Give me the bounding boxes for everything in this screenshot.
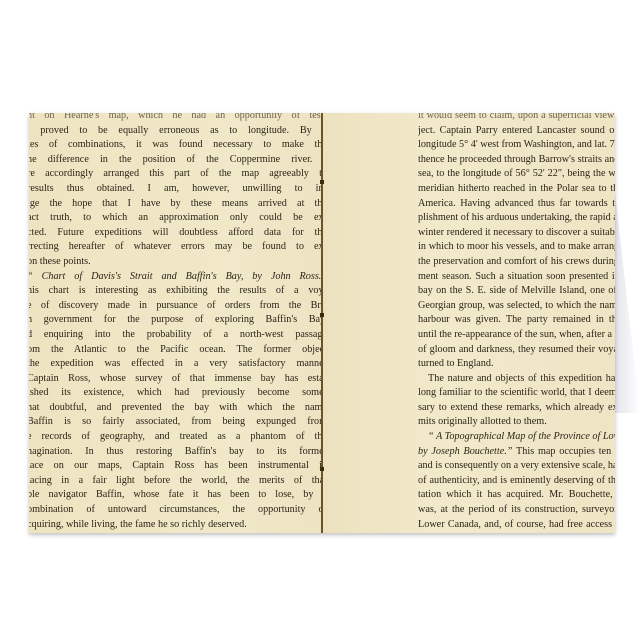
text-line: ombination of untoward circumstances, th… — [29, 503, 322, 518]
text-line: in which to moor his vessels, and to mak… — [418, 240, 615, 255]
text-line: his chart is interesting as exhibiting t… — [29, 284, 322, 299]
text-line: it would seem to claim, upon a superfici… — [418, 113, 615, 124]
text-line: e of discovery made in pursuance of orde… — [29, 299, 322, 314]
binding-stitch — [320, 467, 324, 471]
text-line: “ Chart of Davis's Strait and Baffin's B… — [29, 270, 322, 285]
text-line: nagination. In thus restoring Baffin's b… — [29, 445, 322, 460]
text-line: meridian hitherto reached in the Polar s… — [418, 182, 615, 197]
text-line: ies of combinations, it was found necess… — [29, 138, 322, 153]
right-page: it would seem to claim, upon a superfici… — [322, 113, 615, 533]
text-line: ment season. Such a situation soon prese… — [418, 270, 615, 285]
text-line: was, at the period of its construction, … — [418, 503, 615, 518]
text-line: sary to extend these remarks, which alre… — [418, 401, 615, 416]
left-page-text: nt on Hearne's map, which he had an oppo… — [29, 113, 322, 533]
text-line: re accordingly arranged this part of the… — [29, 167, 322, 182]
text-line: long familiar to the scientific world, t… — [418, 386, 615, 401]
text-line: Georgian group, was selected, to which t… — [418, 299, 615, 314]
binding-stitch — [320, 313, 324, 317]
text-line: longitude 5° 4' west from Washington, an… — [418, 138, 615, 153]
text-line: om the Atlantic to the Pacific ocean. Th… — [29, 343, 322, 358]
text-line: tation which it has acquired. Mr. Bouche… — [418, 488, 615, 503]
text-line: the expedition was effected in a very sa… — [29, 357, 322, 372]
text-line: ject. Captain Parry entered Lancaster so… — [418, 124, 615, 139]
right-page-text: it would seem to claim, upon a superfici… — [418, 113, 615, 533]
text-line: ble navigator Baffin, whose fate it has … — [29, 488, 322, 503]
text-line: harbour was given. The party remained in… — [418, 313, 615, 328]
text-line: sea, to the longitude of 56° 52' 22", be… — [418, 167, 615, 182]
text-line: on these points. — [29, 255, 322, 270]
text-line: of authenticity, and is eminently deserv… — [418, 474, 615, 489]
text-line: cted. Future expeditions will doubtless … — [29, 226, 322, 241]
text-line: until the re-appearance of the sun, when… — [418, 328, 615, 343]
text-line: winter rendered it necessary to discover… — [418, 226, 615, 241]
left-page: nt on Hearne's map, which he had an oppo… — [29, 113, 322, 533]
text-line: mits originally allotted to them. — [418, 415, 615, 430]
text-line: nt on Hearne's map, which he had an oppo… — [29, 113, 322, 124]
text-line: Baffin is so fairly associated, from bei… — [29, 415, 322, 430]
text-line: by Joseph Bouchette.” This map occupies … — [418, 445, 615, 460]
text-line: lacing in a fair light before the world,… — [29, 474, 322, 489]
text-line: bay on the S. E. side of Melville Island… — [418, 284, 615, 299]
text-line: America. Having advanced thus far toward… — [418, 197, 615, 212]
text-line: “ A Topographical Map of the Province of… — [418, 430, 615, 445]
text-line: thence he proceeded through Barrow's str… — [418, 153, 615, 168]
text-line: The nature and objects of this expeditio… — [418, 372, 615, 387]
text-line: the preservation and comfort of his crew… — [418, 255, 615, 270]
text-line: results thus obtained. I am, however, un… — [29, 182, 322, 197]
text-line: cquiring, while living, the fame he so r… — [29, 518, 322, 533]
binding-stitch — [320, 180, 324, 184]
text-line: of gloom and darkness, they resumed thei… — [418, 343, 615, 358]
text-line: That Captain Ross did not succeed in the… — [29, 532, 322, 533]
greeting-card: nt on Hearne's map, which he had an oppo… — [29, 113, 615, 533]
text-line: turned to England. — [418, 357, 615, 372]
text-line: lace on our maps, Captain Ross has been … — [29, 459, 322, 474]
text-line: Captain Ross, whose survey of that immen… — [29, 372, 322, 387]
text-line: , proved to be equally erroneous as to l… — [29, 124, 322, 139]
text-line: cuments relating to the subject in the a… — [418, 532, 615, 533]
text-line: hat doubtful, and prevented the bay with… — [29, 401, 322, 416]
text-line: d enquiring into the probability of a no… — [29, 328, 322, 343]
text-line: lge the hope that I have by these means … — [29, 197, 322, 212]
text-line: e records of geography, and treated as a… — [29, 430, 322, 445]
text-line: plishment of his arduous undertaking, th… — [418, 211, 615, 226]
text-line: and is consequently on a very extensive … — [418, 459, 615, 474]
text-line: act truth, to which an approximation onl… — [29, 211, 322, 226]
text-line: h government for the purpose of explorin… — [29, 313, 322, 328]
text-line: ished its existence, which had previousl… — [29, 386, 322, 401]
text-line: rrecting hereafter of whatever errors ma… — [29, 240, 322, 255]
text-line: Lower Canada, and, of course, had free a… — [418, 518, 615, 533]
text-line: ne difference in the position of the Cop… — [29, 153, 322, 168]
